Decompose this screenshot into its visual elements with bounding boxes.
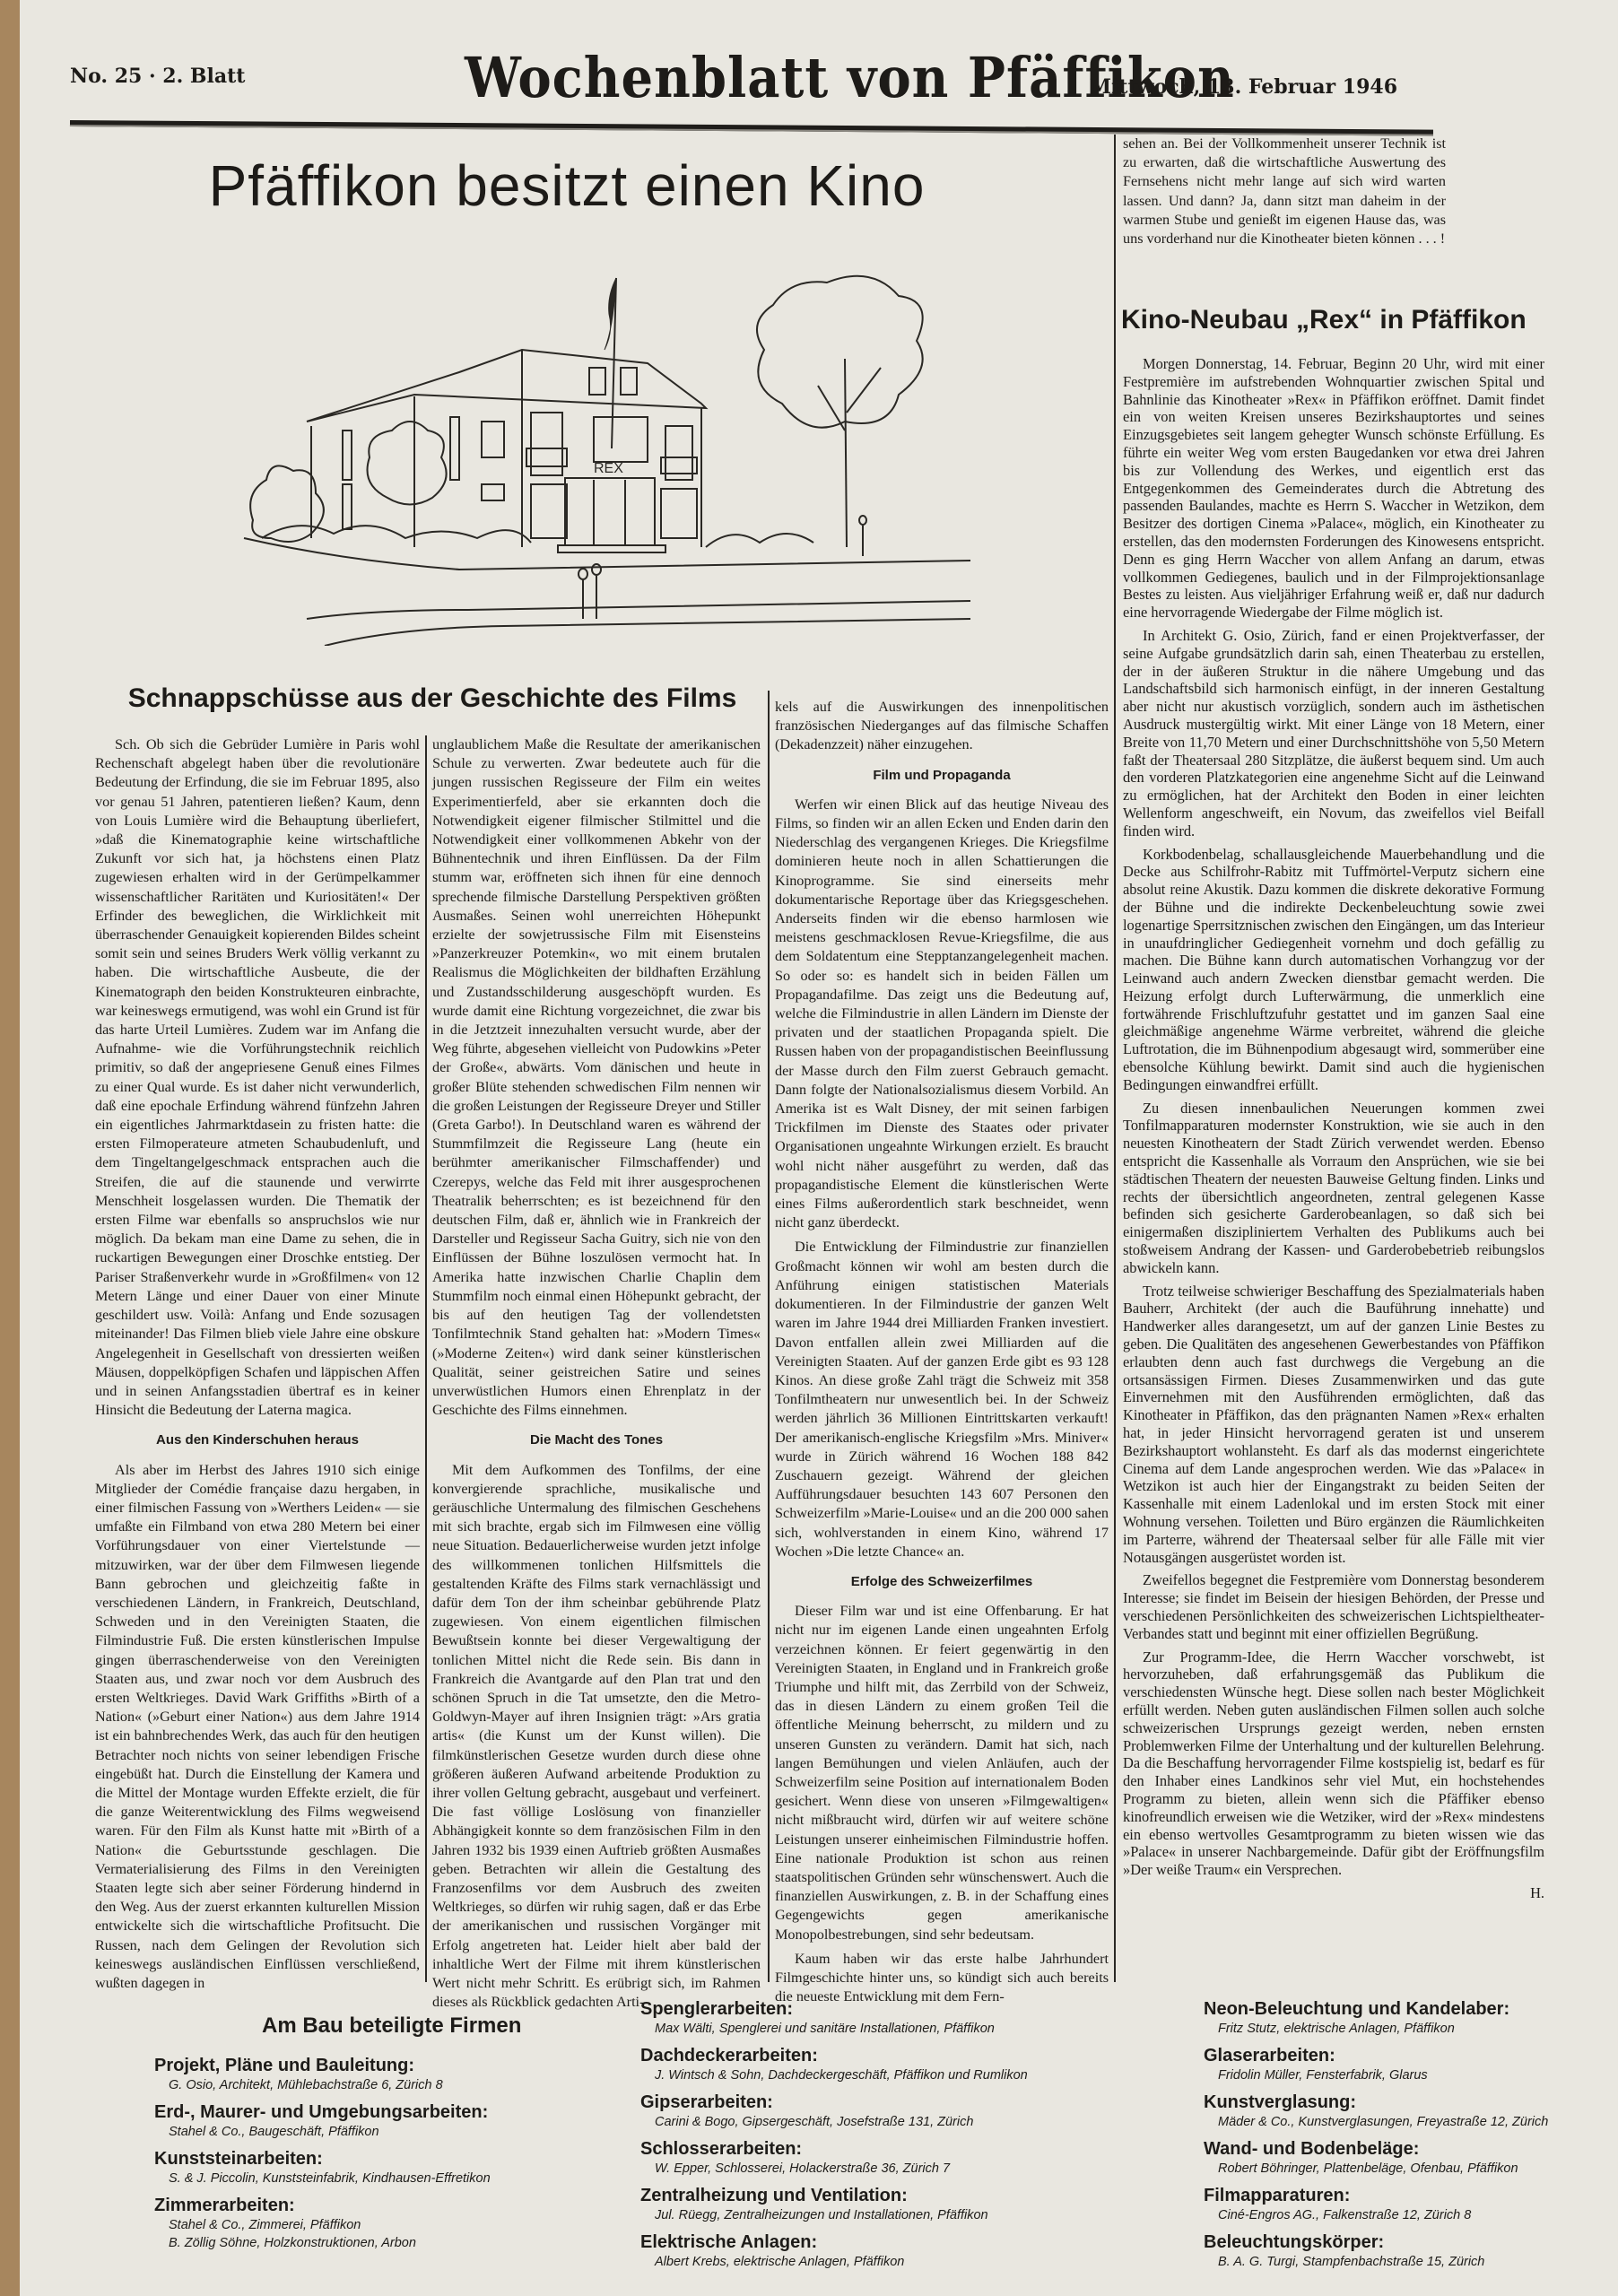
firm-category: Filmapparaturen: [1204,2185,1548,2206]
paragraph: Zur Programm-Idee, die Herrn Waccher vor… [1123,1648,1544,1879]
firm-company: Mäder & Co., Kunstverglasungen, Freyastr… [1218,2113,1548,2131]
firms-column-3: Neon-Beleuchtung und Kandelaber: Fritz S… [1204,1998,1548,2278]
firms-heading: Am Bau beteiligte Firmen [262,2013,521,2039]
subheading: Film und Propaganda [775,766,1109,785]
paragraph: Dieser Film war und ist eine Offenbarung… [775,1602,1109,1944]
subheading: Die Macht des Tones [432,1431,761,1449]
firm-company: Stahel & Co., Baugeschäft, Pfäffikon [169,2123,521,2141]
firm-category: Dachdeckerarbeiten: [640,2045,1028,2066]
firm-company: Jul. Rüegg, Zentralheizungen und Install… [655,2206,1028,2224]
firm-category: Neon-Beleuchtung und Kandelaber: [1204,1998,1548,2020]
firm-category: Zentralheizung und Ventilation: [640,2185,1028,2206]
firm-category: Beleuchtungskörper: [1204,2231,1548,2253]
subheading: Erfolge des Schweizerfilmes [775,1572,1109,1591]
subheading: Aus den Kinderschuhen heraus [95,1431,420,1449]
firm-entry: Kunstverglasung: Mäder & Co., Kunstvergl… [1204,2092,1548,2131]
firm-company: Max Wälti, Spenglerei und sanitäre Insta… [655,2020,1028,2038]
paragraph: In Architekt G. Osio, Zürich, fand er ei… [1123,627,1544,840]
firm-entry: Gipserarbeiten: Carini & Bogo, Gipserges… [640,2092,1028,2131]
paragraph: Werfen wir einen Blick auf das heutige N… [775,796,1109,1233]
paragraph: Die Entwicklung der Filmindustrie zur fi… [775,1238,1109,1561]
firm-entry: Schlosserarbeiten: W. Epper, Schlosserei… [640,2138,1028,2178]
history-article-continuation: sehen an. Bei der Vollkommenheit unserer… [1123,135,1446,248]
issue-number: No. 25 · 2. Blatt [70,65,245,88]
history-article-title: Schnappschüsse aus der Geschichte des Fi… [91,683,773,714]
firm-entry: Neon-Beleuchtung und Kandelaber: Fritz S… [1204,1998,1548,2038]
issue-date: Mittwoch, 13. Februar 1946 [1090,75,1397,99]
paragraph: unglaublichem Maße die Resultate der ame… [432,735,761,1420]
firm-entry: Spenglerarbeiten: Max Wälti, Spenglerei … [640,1998,1028,2038]
firms-column-1: Am Bau beteiligte Firmen Projekt, Pläne … [154,2013,521,2259]
firm-category: Spenglerarbeiten: [640,1998,1028,2020]
firm-entry: Projekt, Pläne und Bauleitung: G. Osio, … [154,2055,521,2094]
paragraph: Sch. Ob sich die Gebrüder Lumière in Par… [95,735,420,1420]
firm-company: B. Zöllig Söhne, Holzkonstruktionen, Arb… [169,2234,521,2252]
firm-category: Zimmerarbeiten: [154,2195,521,2216]
firm-company: G. Osio, Architekt, Mühlebachstraße 6, Z… [169,2076,521,2094]
firm-entry: Zentralheizung und Ventilation: Jul. Rüe… [640,2185,1028,2224]
firm-category: Projekt, Pläne und Bauleitung: [154,2055,521,2076]
paragraph: Als aber im Herbst des Jahres 1910 sich … [95,1461,420,1994]
firm-entry: Wand- und Bodenbeläge: Robert Böhringer,… [1204,2138,1548,2178]
rex-sign: REX [594,461,623,476]
firm-category: Schlosserarbeiten: [640,2138,1028,2160]
column-divider [425,735,427,1982]
firm-category: Gipserarbeiten: [640,2092,1028,2113]
firm-entry: Dachdeckerarbeiten: J. Wintsch & Sohn, D… [640,2045,1028,2084]
paragraph: Zweifellos begegnet die Festpremière vom… [1123,1571,1544,1642]
history-column-3: kels auf die Auswirkungen des innenpolit… [775,698,1109,2012]
firm-company: Fritz Stutz, elektrische Anlagen, Pfäffi… [1218,2020,1548,2038]
firm-category: Kunstverglasung: [1204,2092,1548,2113]
paragraph: Trotz teilweise schwieriger Beschaffung … [1123,1283,1544,1567]
firm-category: Kunststeinarbeiten: [154,2148,521,2170]
firm-category: Elektrische Anlagen: [640,2231,1028,2253]
firm-entry: Elektrische Anlagen: Albert Krebs, elekt… [640,2231,1028,2271]
cinema-illustration: REX [235,251,970,646]
column-divider [768,691,770,1982]
firm-company: B. A. G. Turgi, Stampfenbachstraße 15, Z… [1218,2253,1548,2271]
firm-company: Robert Böhringer, Plattenbeläge, Ofenbau… [1218,2160,1548,2178]
firm-entry: Kunststeinarbeiten: S. & J. Piccolin, Ku… [154,2148,521,2187]
paragraph: Korkbodenbelag, schallausgleichende Maue… [1123,846,1544,1094]
firm-company: S. & J. Piccolin, Kunststeinfabrik, Kind… [169,2170,521,2187]
firm-entry: Glaserarbeiten: Fridolin Müller, Fenster… [1204,2045,1548,2084]
firm-company: W. Epper, Schlosserei, Holackerstraße 36… [655,2160,1028,2178]
history-column-2: unglaublichem Maße die Resultate der ame… [432,735,761,2017]
history-column-1: Sch. Ob sich die Gebrüder Lumière in Par… [95,735,420,1998]
firm-entry: Beleuchtungskörper: B. A. G. Turgi, Stam… [1204,2231,1548,2271]
rex-article-title: Kino-Neubau „Rex“ in Pfäffikon [1121,305,1543,335]
firm-company: Albert Krebs, elektrische Anlagen, Pfäff… [655,2253,1028,2271]
main-headline: Pfäffikon besitzt einen Kino [91,152,1042,219]
signature: H. [1123,1884,1544,1902]
firm-category: Glaserarbeiten: [1204,2045,1548,2066]
rex-article-body: Morgen Donnerstag, 14. Februar, Beginn 2… [1123,355,1544,1908]
firms-column-2: Spenglerarbeiten: Max Wälti, Spenglerei … [640,1998,1028,2278]
firm-category: Erd-, Maurer- und Umgebungsarbeiten: [154,2101,521,2123]
paragraph: kels auf die Auswirkungen des innenpolit… [775,698,1109,755]
firm-company: Fridolin Müller, Fensterfabrik, Glarus [1218,2066,1548,2084]
newspaper-page: No. 25 · 2. Blatt Wochenblatt von Pfäffi… [20,0,1618,2296]
firm-entry: Zimmerarbeiten: Stahel & Co., Zimmerei, … [154,2195,521,2252]
paragraph: Morgen Donnerstag, 14. Februar, Beginn 2… [1123,355,1544,622]
firm-category: Wand- und Bodenbeläge: [1204,2138,1548,2160]
firm-company: J. Wintsch & Sohn, Dachdeckergeschäft, P… [655,2066,1028,2084]
firm-entry: Erd-, Maurer- und Umgebungsarbeiten: Sta… [154,2101,521,2141]
firm-company: Carini & Bogo, Gipsergeschäft, Josefstra… [655,2113,1028,2131]
masthead: No. 25 · 2. Blatt Wochenblatt von Pfäffi… [70,48,1451,129]
column-divider [1114,135,1116,1982]
firm-entry: Filmapparaturen: Ciné-Engros AG., Falken… [1204,2185,1548,2224]
paragraph: Zu diesen innenbaulichen Neuerungen komm… [1123,1100,1544,1277]
paragraph: Mit dem Aufkommen des Tonfilms, der eine… [432,1461,761,2013]
firm-company: Ciné-Engros AG., Falkenstraße 12, Zürich… [1218,2206,1548,2224]
firm-company: Stahel & Co., Zimmerei, Pfäffikon [169,2216,521,2234]
